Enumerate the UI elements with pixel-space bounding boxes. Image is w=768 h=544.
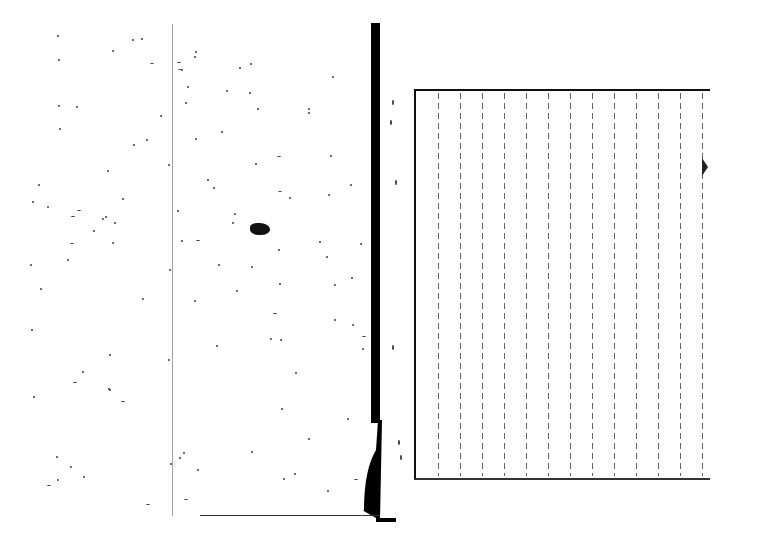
speck <box>232 222 234 224</box>
speck <box>195 138 197 140</box>
grid-column-line <box>460 93 461 476</box>
speck <box>326 256 328 258</box>
speck <box>330 155 332 157</box>
speck <box>70 243 74 244</box>
grid-column-line <box>658 93 659 476</box>
speck <box>352 324 354 326</box>
grid-column-line <box>592 93 593 476</box>
speck <box>146 139 148 141</box>
speck <box>73 382 77 383</box>
speck <box>249 92 251 94</box>
speck <box>40 288 42 290</box>
speck <box>216 345 218 347</box>
speck <box>30 264 32 266</box>
speck <box>257 108 259 110</box>
speck <box>218 264 220 266</box>
speck <box>327 490 329 492</box>
speck <box>31 329 33 331</box>
speck <box>57 479 59 481</box>
grid-column-line <box>680 93 681 476</box>
speck <box>105 216 107 218</box>
speck <box>283 478 285 480</box>
speck <box>38 184 40 186</box>
speck <box>226 90 228 92</box>
speck <box>362 348 364 350</box>
left-page <box>0 0 372 544</box>
speck <box>255 163 257 165</box>
margin-mark <box>392 100 394 105</box>
bottom-rule <box>200 515 380 516</box>
speck <box>112 242 114 244</box>
grid-column-line <box>482 93 483 476</box>
margin-mark <box>392 345 394 350</box>
speck <box>277 156 281 157</box>
speck <box>150 63 154 64</box>
speck <box>112 50 114 52</box>
margin-mark <box>398 440 400 445</box>
margin-mark <box>400 455 402 460</box>
speck <box>170 463 172 465</box>
speck <box>76 106 78 108</box>
speck <box>334 319 336 321</box>
speck <box>295 372 297 374</box>
speck <box>168 359 170 361</box>
speck <box>108 388 110 390</box>
grid-column-line <box>526 93 527 476</box>
book-spine <box>371 23 380 423</box>
speck <box>250 63 252 65</box>
speck <box>59 128 61 130</box>
speck <box>308 108 310 110</box>
speck <box>102 218 104 220</box>
speck <box>146 504 150 505</box>
speck <box>184 499 188 500</box>
speck <box>178 69 182 70</box>
grid-column-line <box>548 93 549 476</box>
speck <box>185 102 187 104</box>
ledger-grid <box>414 89 710 480</box>
speck <box>114 222 116 224</box>
speck <box>67 259 69 261</box>
grid-column-line <box>636 93 637 476</box>
spine-tail-shape <box>356 420 396 524</box>
page-fold-line <box>172 24 173 516</box>
grid-column-line <box>504 93 505 476</box>
speck <box>70 466 72 468</box>
grid-column-line <box>570 93 571 476</box>
speck <box>236 290 238 292</box>
speck <box>58 59 60 61</box>
speck <box>278 191 282 192</box>
grid-column-line <box>702 93 703 476</box>
grid-column-line <box>614 93 615 476</box>
speck <box>221 131 223 133</box>
margin-mark <box>390 120 392 125</box>
ink-blot <box>250 223 270 235</box>
speck <box>334 284 336 286</box>
speck <box>33 396 35 398</box>
speck <box>328 194 330 196</box>
grid-column-line <box>438 93 439 476</box>
margin-mark <box>395 180 397 185</box>
speck <box>121 401 125 402</box>
